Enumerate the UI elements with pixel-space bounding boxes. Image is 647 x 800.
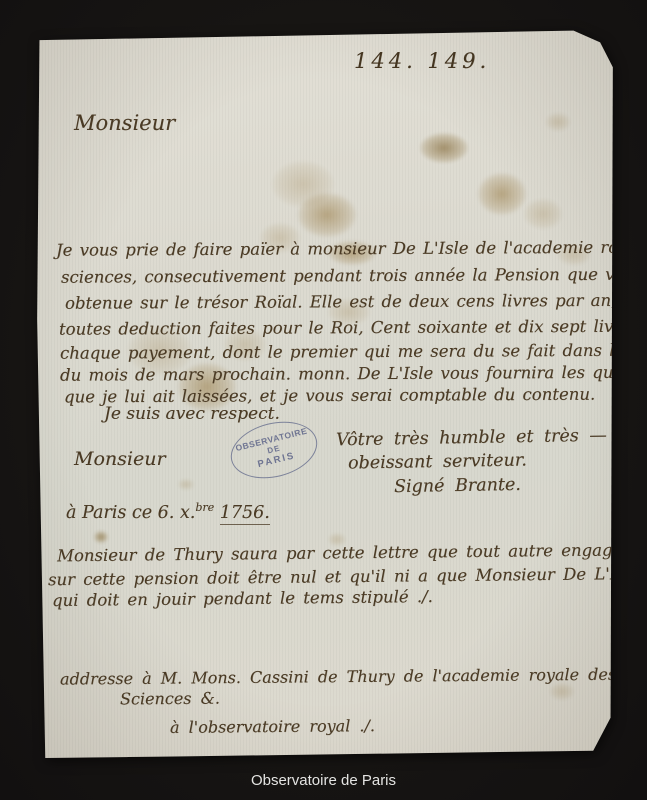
respect-line: Je suis avec respect. bbox=[104, 404, 280, 424]
observatory-stamp: OBSERVATOIRE DE PARIS bbox=[225, 413, 323, 487]
photo-background: 144. 149. Monsieur Je vous prie de faire… bbox=[0, 0, 647, 800]
paper-stain bbox=[478, 173, 526, 215]
paper-stain bbox=[550, 683, 574, 700]
date-superscript: bre bbox=[195, 501, 214, 514]
body-line: sciences, consecutivement pendant trois … bbox=[61, 264, 647, 286]
salutation: Monsieur bbox=[74, 111, 175, 135]
paper-stain bbox=[94, 531, 108, 543]
postscript-line: qui doit en jouir pendant le tems stipul… bbox=[52, 587, 433, 610]
paper-stain bbox=[298, 193, 356, 237]
paper-stain bbox=[178, 479, 194, 490]
address-line: Sciences &. bbox=[120, 689, 220, 709]
postscript-line: Monsieur de Thury saura par cette lettre… bbox=[57, 540, 647, 566]
paper-stain bbox=[420, 133, 468, 163]
body-line: toutes deduction faites pour le Roi, Cen… bbox=[59, 316, 647, 338]
date-year: 1756. bbox=[220, 503, 270, 525]
closing-line: Signé Brante. bbox=[394, 475, 521, 497]
letter-page: 144. 149. Monsieur Je vous prie de faire… bbox=[36, 27, 614, 758]
photo-caption: Observatoire de Paris bbox=[0, 772, 647, 789]
folio-number: 144. 149. bbox=[354, 49, 490, 73]
body-line: du mois de mars prochain. monn. De L'Isl… bbox=[60, 362, 647, 384]
closing-line: obeissant serviteur. bbox=[348, 450, 527, 473]
address-line: à l'observatoire royal ./. bbox=[170, 716, 375, 737]
date-prefix: à Paris ce 6. x. bbox=[66, 503, 195, 523]
body-line: chaque payement, dont le premier qui me … bbox=[60, 340, 647, 362]
date-line: à Paris ce 6. x.bre 1756. bbox=[66, 501, 270, 523]
body-line: obtenue sur le trésor Roïal. Elle est de… bbox=[65, 290, 647, 312]
closing-line: Vôtre très humble et très — bbox=[336, 426, 607, 451]
paper-stain bbox=[546, 113, 570, 131]
postscript-line: sur cette pension doit être nul et qu'il… bbox=[48, 564, 647, 589]
paper-stain bbox=[524, 199, 562, 229]
monsieur-second: Monsieur bbox=[74, 448, 166, 470]
body-line: Je vous prie de faire païer à monsieur D… bbox=[56, 237, 647, 259]
